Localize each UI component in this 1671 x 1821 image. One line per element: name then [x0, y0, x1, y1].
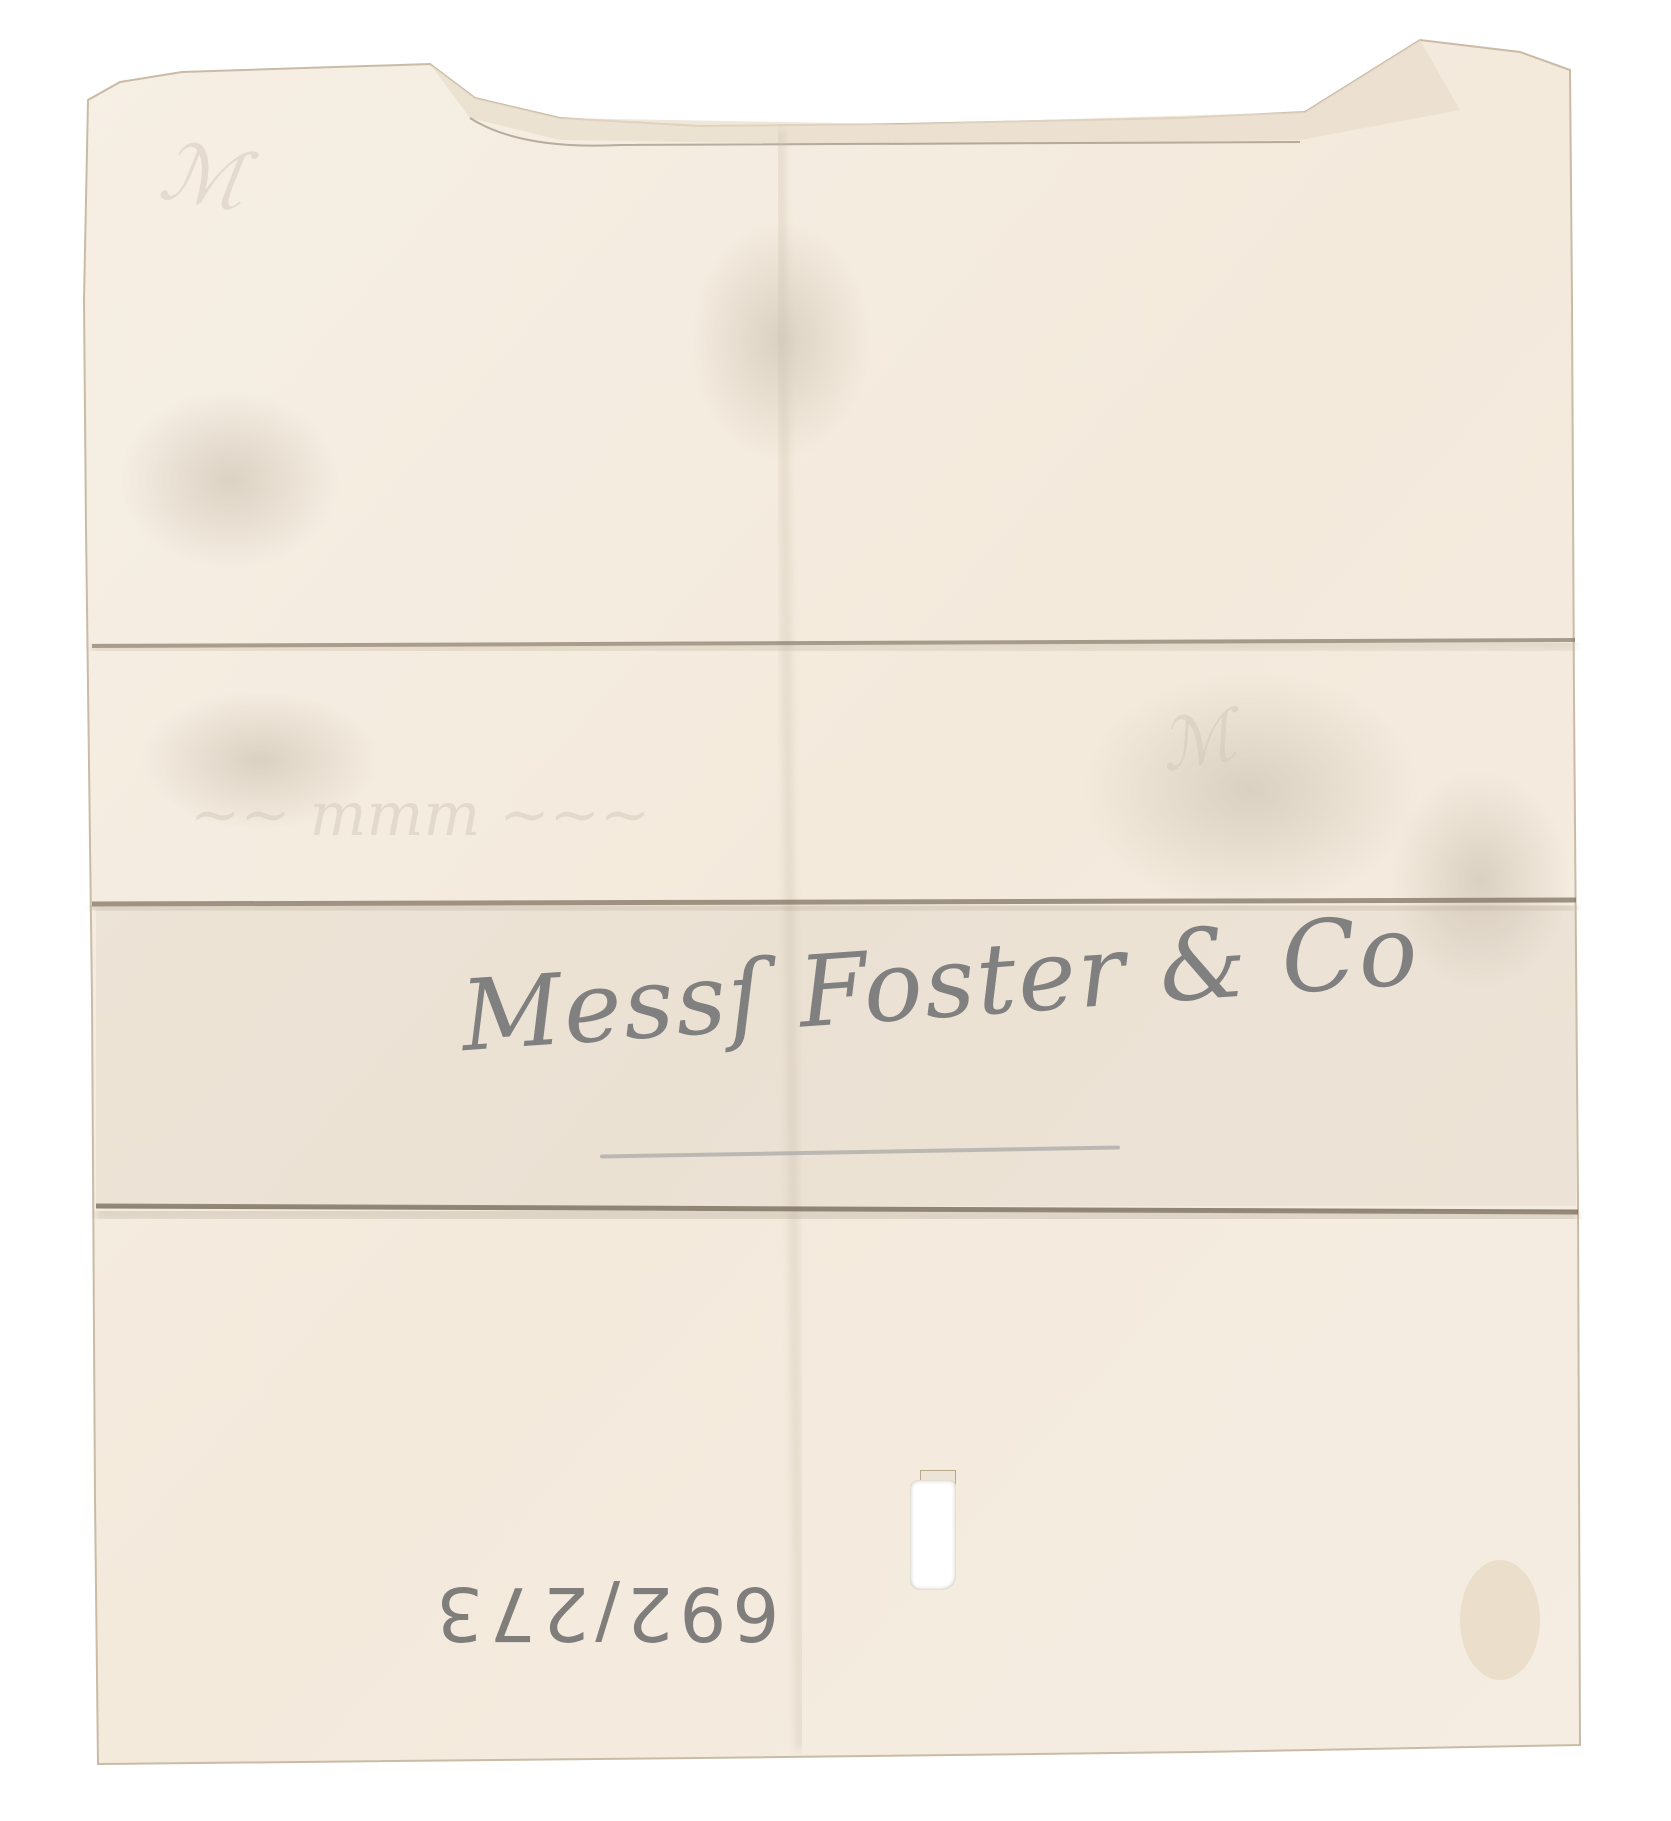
bleed-through-text: ℳ — [1153, 694, 1241, 788]
bleed-through-text: ~~ mmm ~~~ — [190, 780, 650, 850]
document-sheet: ℳ ℳ ~~ mmm ~~~ Messſ Foster & Co 692/273 — [0, 0, 1671, 1821]
bleed-through-text: ℳ — [154, 124, 252, 228]
reference-number: 692/273 — [430, 1570, 779, 1656]
paper-hole — [910, 1480, 956, 1590]
paper-background — [0, 0, 1671, 1821]
